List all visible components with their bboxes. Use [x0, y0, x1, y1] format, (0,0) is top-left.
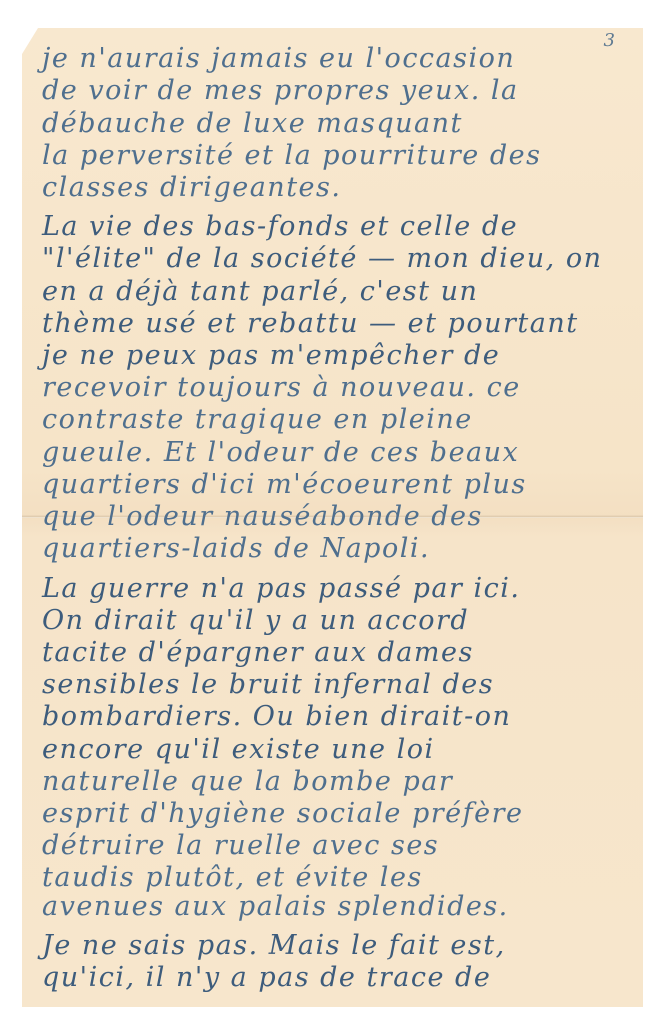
handwritten-line: naturelle que la bombe par — [42, 768, 453, 795]
handwritten-line: quartiers d'ici m'écoeurent plus — [42, 471, 527, 498]
handwritten-line: débauche de luxe masquant — [42, 110, 463, 137]
handwritten-line: que l'odeur nauséabonde des — [42, 503, 483, 530]
handwritten-line: quartiers-laids de Napoli. — [42, 535, 430, 562]
handwritten-line: esprit d'hygiène sociale préfère — [42, 800, 523, 827]
handwritten-line: gueule. Et l'odeur de ces beaux — [42, 439, 519, 466]
handwritten-line: tacite d'épargner aux dames — [42, 639, 474, 666]
handwritten-line: la perversité et la pourriture des — [42, 142, 541, 169]
handwritten-line: taudis plutôt, et évite les — [42, 864, 423, 891]
handwritten-line: On dirait qu'il y a un accord — [42, 607, 469, 634]
handwritten-line: je n'aurais jamais eu l'occasion — [42, 45, 515, 72]
handwritten-line: "l'élite" de la société — mon dieu, on — [42, 245, 602, 272]
handwritten-line: détruire la ruelle avec ses — [42, 832, 439, 859]
handwritten-line: qu'ici, il n'y a pas de trace de — [42, 964, 491, 991]
handwritten-line: La vie des bas-fonds et celle de — [42, 213, 518, 240]
handwritten-line: je ne peux pas m'empêcher de — [42, 342, 500, 369]
handwritten-line: contraste tragique en pleine — [42, 406, 473, 433]
handwritten-line: thème usé et rebattu — et pourtant — [42, 310, 579, 337]
manuscript-page: 3 je n'aurais jamais eu l'occasionde voi… — [22, 28, 643, 1007]
handwritten-line: avenues aux palais splendides. — [42, 893, 509, 920]
handwritten-line: encore qu'il existe une loi — [42, 736, 435, 763]
handwritten-line: sensibles le bruit infernal des — [42, 671, 494, 698]
handwritten-line: La guerre n'a pas passé par ici. — [42, 575, 520, 602]
handwritten-line: bombardiers. Ou bien dirait-on — [42, 703, 511, 730]
page-number: 3 — [604, 30, 615, 51]
handwritten-line: Je ne sais pas. Mais le fait est, — [42, 932, 506, 959]
handwritten-line: en a déjà tant parlé, c'est un — [42, 278, 478, 305]
handwritten-line: recevoir toujours à nouveau. ce — [42, 374, 521, 401]
handwritten-line: classes dirigeantes. — [42, 174, 341, 201]
handwritten-line: de voir de mes propres yeux. la — [42, 77, 519, 104]
